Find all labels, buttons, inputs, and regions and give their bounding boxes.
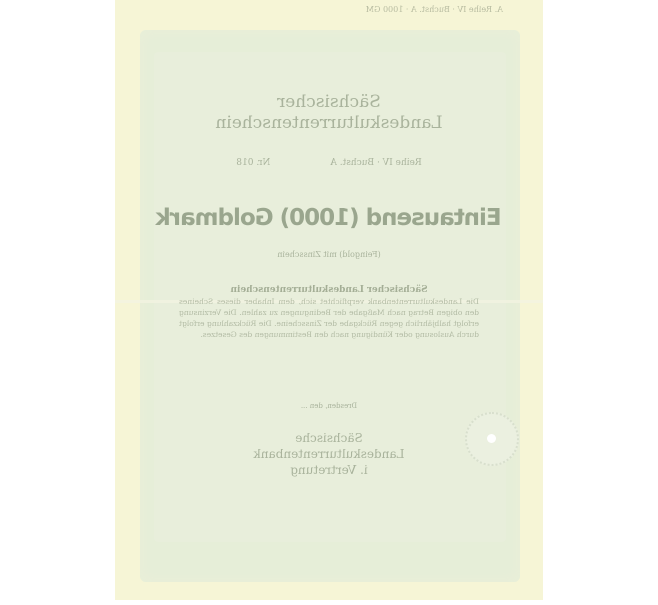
series-label: Reihe IV · Buchst. A [330,158,421,168]
place-date: Dresden, den ... [115,402,543,410]
title-line-2: Landeskulturrentenschein [115,113,543,133]
bond-certificate-sheet: A. Reihe IV · Buchst. A · 1000 GM Sächsi… [115,0,543,600]
body-text: Sächsischer Landeskulturrentenschein Die… [179,285,479,340]
amount-subtitle: (Feingold) mit Zinsschein [115,250,543,259]
embossed-seal-icon [465,412,519,466]
header-series-line: A. Reihe IV · Buchst. A · 1000 GM [115,5,543,14]
amount-heading: Eintausend (1000) Goldmark [115,205,543,231]
title-line-1: Sächsischer [115,92,543,112]
series-row: Reihe IV · Buchst. A Nr. 018 [115,158,543,168]
body-paragraph: Die Landeskulturrentenbank verpflichtet … [179,297,479,339]
issuer-line-3: i. Vertretung [115,462,543,478]
certificate-number: Nr. 018 [236,158,270,168]
body-heading: Sächsischer Landeskulturrentenschein [179,285,479,296]
